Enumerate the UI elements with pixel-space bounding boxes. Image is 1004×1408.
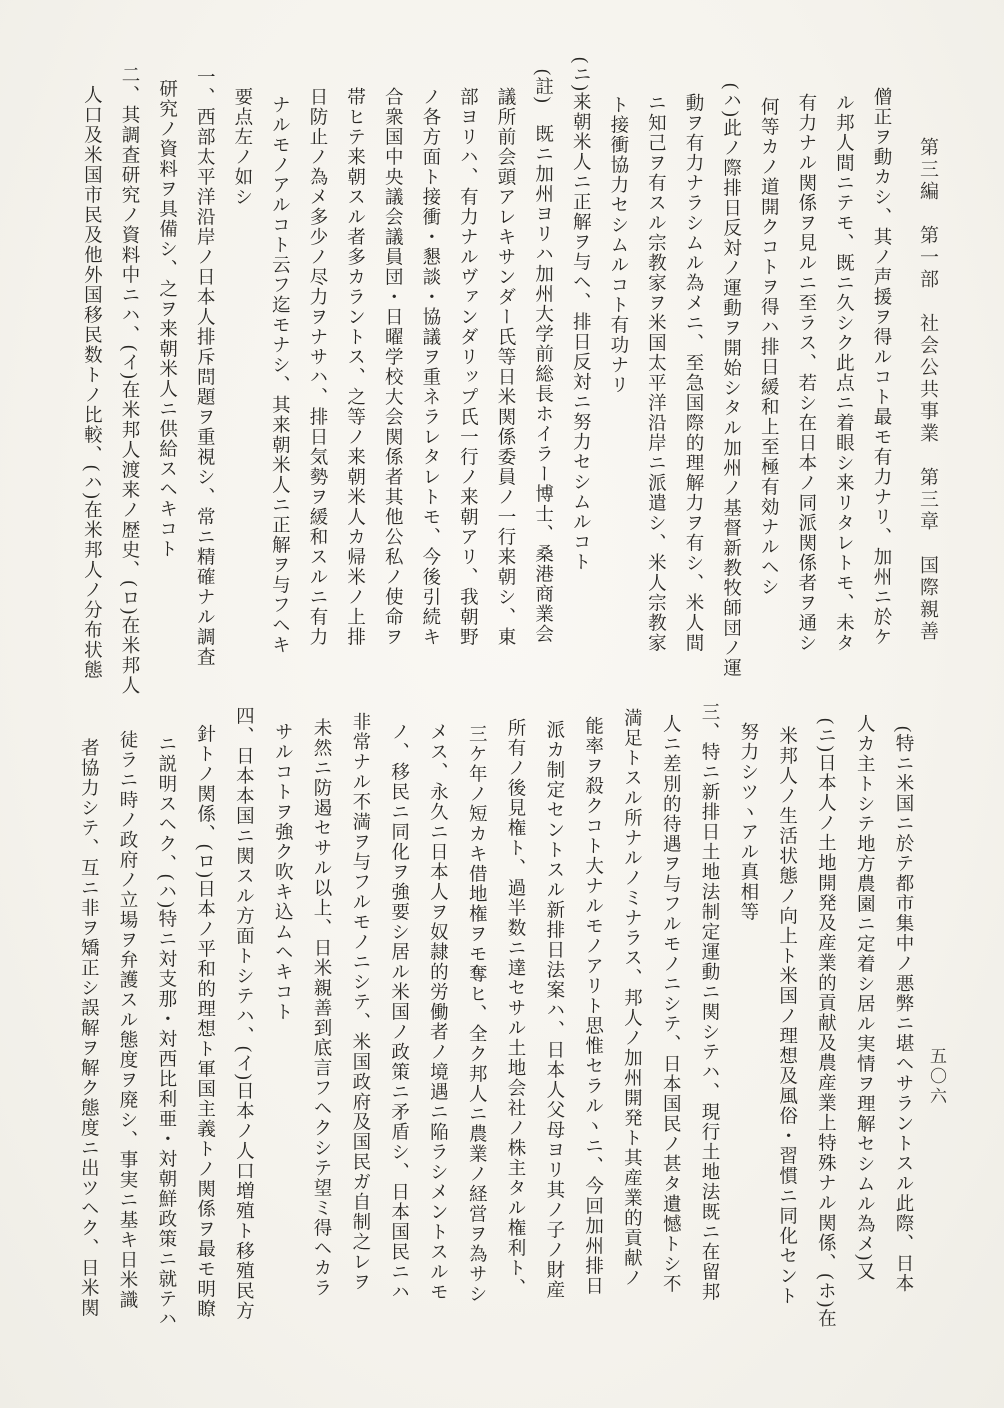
- text-column: 未然ニ防遏セサル以上、日米親善到底言フヘクシテ望ミ得ヘカラ: [310, 718, 330, 1298]
- text-column: 帯ヒテ来朝スル者多カラントス、之等ノ来朝米人カ帰米ノ上排: [344, 87, 364, 647]
- text-column: ノ、移民ニ同化ヲ強要シ居ル米国ノ政策ニ矛盾シ、日本国民ニハ: [388, 722, 408, 1302]
- text-column: 努力シツヽアル真相等: [737, 722, 757, 922]
- text-column: 人カ主トシテ地方農園ニ定着シ居ル実情ヲ理解セシムル為メ)又: [853, 714, 873, 1282]
- text-column: 満足トスル所ナルノミナラス、邦人ノ加州開発ト其産業的貢献ノ: [620, 708, 640, 1288]
- text-column: 二、其調査研究ノ資料中ニハ、(イ)在米邦人渡来ノ歴史、(ロ)在米邦人: [118, 65, 138, 696]
- text-column: ニ知己ヲ有スル宗教家ヲ米国太平洋沿岸ニ派遣シ、米人宗教家: [644, 93, 664, 653]
- text-column: (註) 既ニ加州ヨリハ加州大学前総長ホイラー博士、桑港商業会: [532, 69, 552, 644]
- text-column: 四、日本本国ニ関スル方面トシテハ、(イ)日本ノ人口増殖ト移殖民方: [232, 706, 252, 1321]
- text-column: 合衆国中央議会議員団・日曜学校大会関係者其他公私ノ使命ヲ: [381, 87, 401, 647]
- text-column: (ハ)此ノ際排日反対ノ運動ヲ開始シタル加州ノ基督新教牧師団ノ運: [720, 83, 740, 678]
- text-column: 人ニ差別的待遇ヲ与フルモノニシテ、日本国民ノ甚タ遺憾トシ不: [659, 714, 679, 1294]
- text-column: (ニ)来朝米人ニ正解ヲ与ヘ、排日反対ニ努力セシムルコト: [569, 57, 589, 572]
- text-column: 議所前会頭アレキサンダー氏等日米関係委員ノ一行来朝シ、東: [494, 87, 514, 647]
- text-column: 要点左ノ如シ: [231, 87, 251, 207]
- text-column: 部ヨリハ、有力ナルヴァンダリップ氏一行ノ来朝アリ、我朝野: [456, 87, 476, 647]
- text-column: メス、永久ニ日本人ヲ奴隷的労働者ノ境遇ニ陥ラシメントスルモ: [426, 722, 446, 1302]
- text-column: ノ各方面ト接衝・懇談・協議ヲ重ネラレタレトモ、今後引続キ: [419, 87, 439, 647]
- text-column: 僧正ヲ動カシ、其ノ声援ヲ得ルコト最モ有力ナリ、加州ニ於ケ: [870, 87, 890, 647]
- text-column: 派カ制定セントスル新排日法案ハ、日本人父母ヨリ其ノ子ノ財産: [543, 720, 563, 1300]
- text-column: 何等カノ道開クコトヲ得ハ排日緩和上至極有効ナルヘシ: [757, 97, 777, 597]
- text-column: (ニ)日本人ノ土地開発及産業的貢献及農産業上特殊ナル関係、(ホ)在: [814, 718, 834, 1329]
- chapter-header: 第三編 第一部 社会公共事業 第三章 国際親善: [918, 137, 937, 643]
- text-column: ル邦人間ニテモ、既ニ久シク此点ニ着眼シ来リタレトモ、未タ: [832, 93, 852, 653]
- text-column: 針トノ関係、(ロ)日本ノ平和的理想ト軍国主義トノ関係ヲ最モ明瞭: [194, 724, 214, 1319]
- text-column: 者協力シテ、互ニ非ヲ矯正シ誤解ヲ解ク態度ニ出ツヘク、日米関: [77, 738, 97, 1318]
- text-column: ト接衝協力セシムルコト有功ナリ: [607, 95, 627, 395]
- text-column: (特ニ米国ニ於テ都市集中ノ悪弊ニ堪ヘサラントスル此際、日本: [892, 726, 912, 1294]
- text-column: サルコトヲ強ク吹キ込ムヘキコト: [271, 722, 291, 1022]
- text-column: 一、西部太平洋沿岸ノ日本人排斥問題ヲ重視シ、常ニ精確ナル調査: [193, 67, 213, 667]
- text-column: 能率ヲ殺クコト大ナルモノアリト思惟セラルヽニ、今回加州排日: [582, 716, 602, 1296]
- page-number: 五〇六: [928, 1047, 945, 1107]
- text-column: 非常ナル不満ヲ与フルモノニシテ、米国政府及国民ガ自制之レヲ: [349, 712, 369, 1292]
- text-column: 動ヲ有力ナラシムル為メニ、至急国際的理解力ヲ有シ、米人間: [682, 93, 702, 653]
- text-column: 三、特ニ新排日土地法制定運動ニ関シテハ、現行土地法既ニ在留邦: [698, 702, 718, 1302]
- text-column: 日防止ノ為メ多少ノ尽力ヲナサハ、排日気勢ヲ緩和スルニ有力: [306, 87, 326, 647]
- bottom-text-block: (特ニ米国ニ於テ都市集中ノ悪弊ニ堪ヘサラントスル此際、日本人カ主トシテ地方農園ニ…: [76, 700, 912, 1310]
- text-column: 三ケ年ノ短カキ借地権ヲモ奪ヒ、全ク邦人ニ農業ノ経営ヲ為サシ: [465, 724, 485, 1304]
- top-text-block: 僧正ヲ動カシ、其ノ声援ヲ得ルコト最モ有力ナリ、加州ニ於ケル邦人間ニテモ、既ニ久シ…: [78, 57, 890, 642]
- text-column: 人口及米国市民及他外国移民数トノ比較、(ハ)在米邦人ノ分布状態: [80, 85, 100, 680]
- text-column: ナルモノアルコト云フ迄モナシ、其来朝米人ニ正解ヲ与フヘキ: [268, 95, 288, 655]
- text-column: 所有ノ後見権ト、過半数ニ達セサル土地会社ノ株主タル権利ト、: [504, 718, 524, 1298]
- text-column: 米邦人ノ生活状態ノ向上ト米国ノ理想及風俗・習慣ニ同化セント: [776, 726, 796, 1306]
- text-column: 研究ノ資料ヲ具備シ、之ヲ来朝米人ニ供給スヘキコト: [156, 79, 176, 559]
- text-column: 徒ラニ時ノ政府ノ立場ヲ弁護スル態度ヲ廃シ、事実ニ基キ日米識: [116, 730, 136, 1310]
- document-page: 第三編 第一部 社会公共事業 第三章 国際親善 僧正ヲ動カシ、其ノ声援ヲ得ルコト…: [0, 0, 1004, 1408]
- text-column: 有力ナル関係ヲ見ルニ至ラス、若シ在日本ノ同派関係者ヲ通シ: [795, 93, 815, 653]
- text-column: ニ説明スヘク、(ハ)特ニ対支那・対西比利亜・対朝鮮政策ニ就テハ: [155, 734, 175, 1329]
